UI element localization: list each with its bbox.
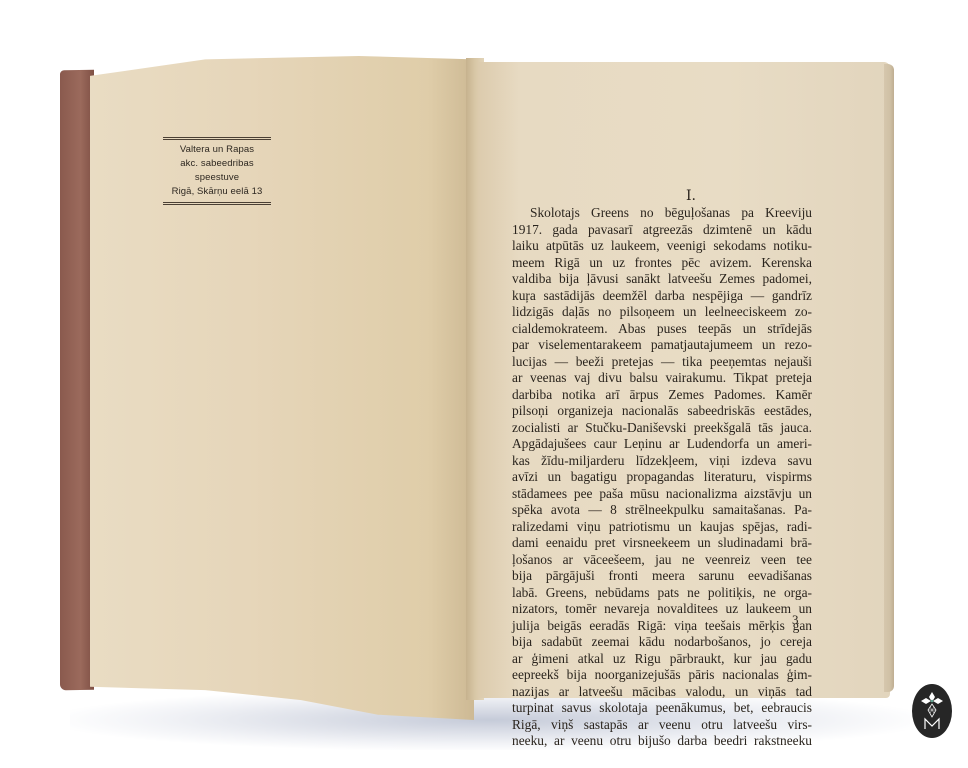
- text-line: laiku atpūtās uz laukeem, veenigi sekoda…: [512, 238, 812, 255]
- text-line: kas žīdu-miljarderu līdzekļeem, viņi izd…: [512, 453, 812, 470]
- text-line: neeku, ar veenu otru bijušo darba beedri…: [512, 733, 812, 750]
- text-line: dami eenaidu pret virsneekeem un sludina…: [512, 535, 812, 552]
- text-line: Skolotajs Greens no bēguļošanas pa Kreev…: [512, 205, 812, 222]
- text-line: 1917. gada pavasarī atgreezās dzimtenē u…: [512, 222, 812, 239]
- text-line: Rigā, viņš sastapās ar veenu otru latvee…: [512, 717, 812, 734]
- text-line: nazijas ar latveešu mācibas valodu, un v…: [512, 684, 812, 701]
- text-line: bija sadabūt zeemai kādu nodarbošanos, j…: [512, 634, 812, 651]
- text-line: julija beigās eeradās Rigā: viņa teešais…: [512, 618, 812, 635]
- colophon-line-2: akc. sabeedribas speestuve: [163, 157, 271, 185]
- text-line: valdiba bija ļāvusi sanākt latveešu Zeme…: [512, 271, 812, 288]
- page-body-text: Skolotajs Greens no bēguļošanas pa Kreev…: [512, 205, 812, 750]
- colophon-line-1: Valtera un Rapas: [163, 143, 271, 157]
- open-book: Valtera un Rapas akc. sabeedribas speest…: [0, 0, 968, 768]
- text-line: par viselementarakeem pamatjautajumeem u…: [512, 337, 812, 354]
- book-cover-edge: [60, 70, 94, 691]
- text-line: ļošanos ar vāceešeem, jau ne veenreiz ve…: [512, 552, 812, 569]
- text-line: bija pārgājuši fronti meera sarunu eevad…: [512, 568, 812, 585]
- text-line: cialdemokrateem. Abas puses teepās un st…: [512, 321, 812, 338]
- text-line: stādamees pee paša mūsu nacionalizma aiz…: [512, 486, 812, 503]
- colophon-line-3: Rigā, Skārņu eelā 13: [163, 185, 271, 199]
- text-line: nizators, tomēr nevareja novalditees uz …: [512, 601, 812, 618]
- page-number: 3: [792, 612, 799, 628]
- text-line: meem Rigā un uz frontes pēc avizem. Kere…: [512, 255, 812, 272]
- colophon-top-rule: [163, 137, 271, 140]
- text-line: zocialisti ar Stučku-Daniševski preekšga…: [512, 420, 812, 437]
- text-line: eepreekš bija noorganizejušās pāris naci…: [512, 667, 812, 684]
- printer-colophon: Valtera un Rapas akc. sabeedribas speest…: [163, 137, 271, 205]
- text-line: lucijas — beeži pretejas — tika peeņemta…: [512, 354, 812, 371]
- text-line: labā. Greens, nebūdams pats ne politiķis…: [512, 585, 812, 602]
- text-line: ralizedami viņu patriotismu un kaujas sp…: [512, 519, 812, 536]
- chapter-heading: I.: [676, 188, 706, 204]
- text-line: spēka avota — 8 strēlneekpulku samaitaša…: [512, 502, 812, 519]
- text-line: ar veenas vaj divu balsu vairakumu. Tikp…: [512, 370, 812, 387]
- text-line: lidzigās daļās no pilsoņeem un leelneeci…: [512, 304, 812, 321]
- text-line: pilsoņi organizeja nacionalās sabeedrisk…: [512, 403, 812, 420]
- right-page-edge: [884, 64, 894, 692]
- text-line: kuŗa sastādijās deemžēl darba nespējiga …: [512, 288, 812, 305]
- text-line: turpinat savus skolotaja peenākumus, bet…: [512, 700, 812, 717]
- colophon-bottom-rule: [163, 202, 271, 205]
- text-line: Apgādajušees caur Leņinu ar Ludendorfa u…: [512, 436, 812, 453]
- text-line: darbiba notika arī ārpus Zemes Padomes. …: [512, 387, 812, 404]
- text-line: ar ģimeni atkal uz Rigu pārbraukt, kur j…: [512, 651, 812, 668]
- left-page: [90, 56, 474, 720]
- text-line: avīzi un bagatigu propagandas literaturu…: [512, 469, 812, 486]
- flower-m-monogram-logo-icon: [912, 684, 952, 738]
